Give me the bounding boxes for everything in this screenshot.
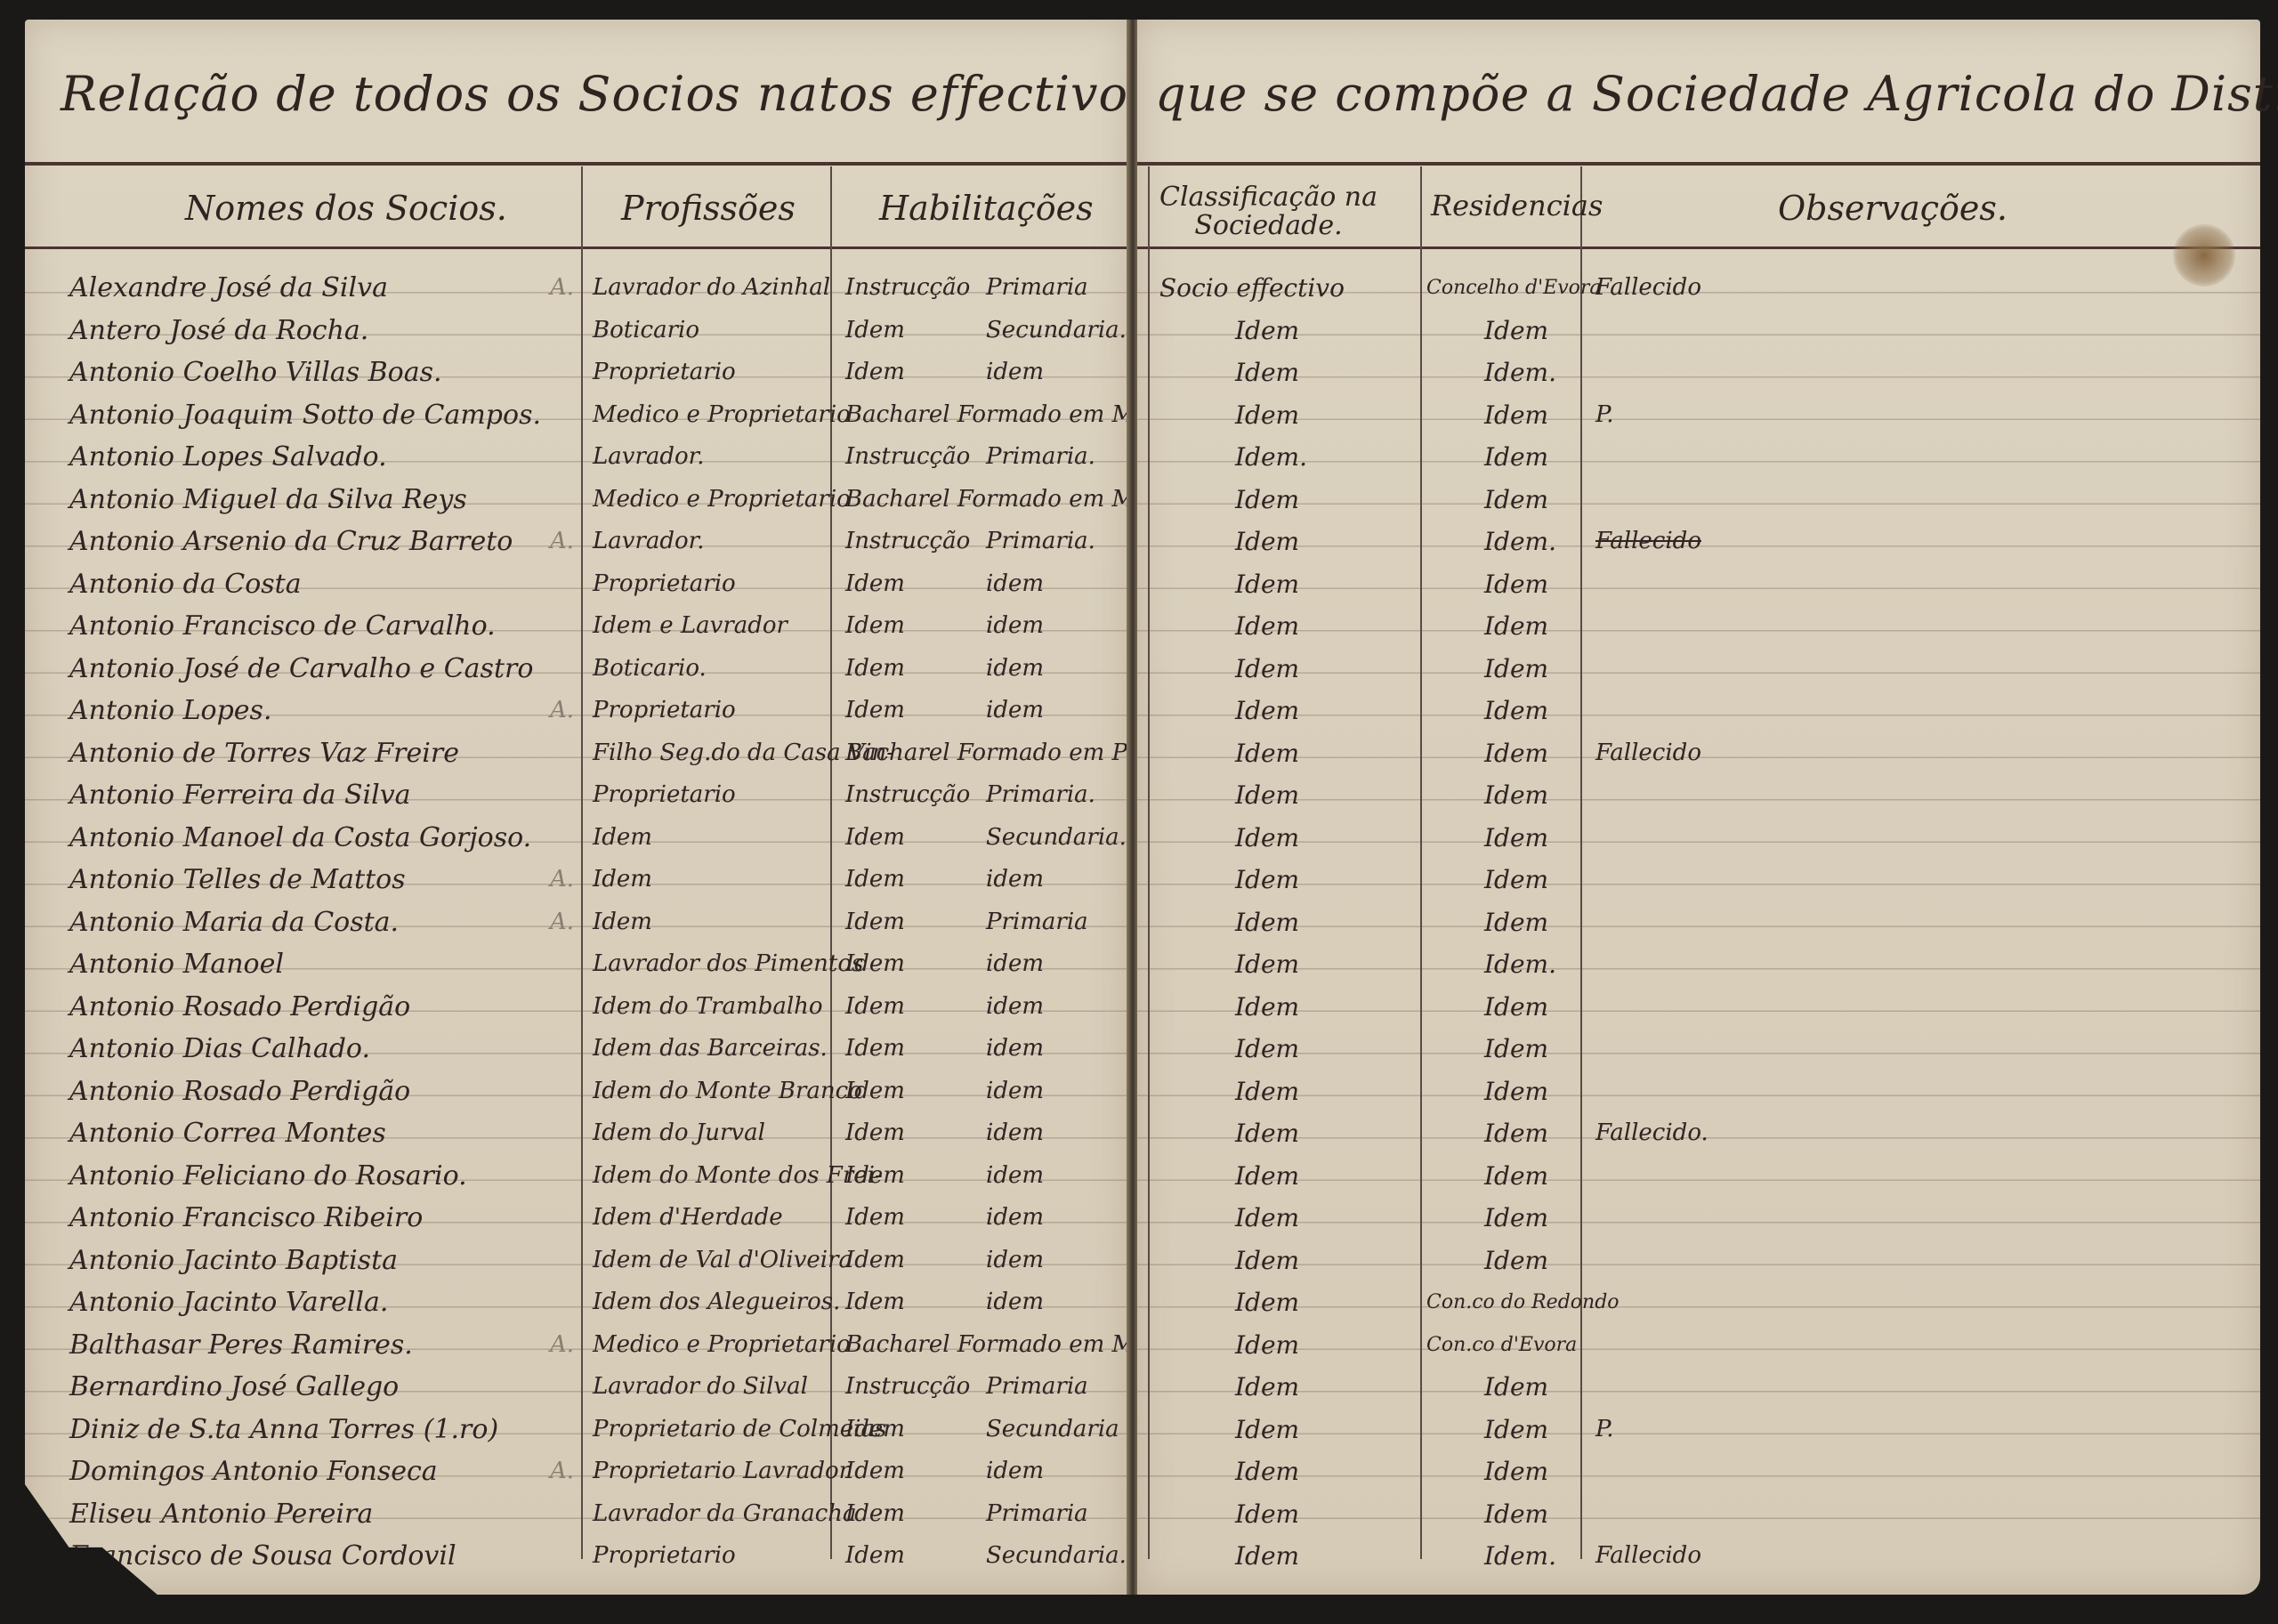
header-divider (1137, 246, 2260, 249)
residencia: Idem (1484, 859, 1548, 901)
table-row: IdemIdem (1137, 1493, 2260, 1536)
classificacao: Idem (1235, 479, 1299, 521)
habilitacao-level: idem (986, 1071, 1044, 1112)
habilitacao-level: idem (986, 605, 1044, 647)
profissao: Idem (593, 859, 652, 901)
table-row: Antonio Rosado PerdigãoIdem do Trambalho… (25, 986, 1128, 1029)
table-row: Antonio Rosado PerdigãoIdem do Monte Bra… (25, 1071, 1128, 1113)
table-row: Antonio Jacinto Varella.Idem dos Aleguei… (25, 1281, 1128, 1324)
habilitacao: Idem (845, 943, 905, 985)
socio-name: Antonio Manoel (69, 943, 284, 985)
habilitacao-level: idem (986, 1240, 1044, 1281)
table-row: IdemIdem (1137, 479, 2260, 521)
classificacao: Idem (1235, 1281, 1299, 1323)
habilitacao: Idem (845, 605, 905, 647)
table-row: Antonio Coelho Villas Boas.ProprietarioI… (25, 351, 1128, 394)
socio-name: Antonio Coelho Villas Boas. (69, 351, 442, 393)
habilitacao-level: Primaria (986, 267, 1088, 309)
residencia: Idem (1484, 436, 1548, 478)
classificacao: Idem (1235, 817, 1299, 859)
profissao: Proprietario de Colmeias (593, 1409, 886, 1450)
socio-name: Antero José da Rocha. (69, 310, 368, 351)
classificacao: Idem (1235, 351, 1299, 393)
table-row: IdemIdem (1137, 1028, 2260, 1071)
classificacao: Idem (1235, 1324, 1299, 1366)
table-row: IdemIdemFallecido (1137, 732, 2260, 775)
profissao: Idem (593, 901, 652, 943)
habilitacao-level: Primaria (986, 1493, 1088, 1535)
profissao: Idem de Val d'Oliveira (593, 1240, 852, 1281)
socio-name: Antonio Correa Montes (69, 1112, 386, 1154)
socio-name: Antonio Ferreira da Silva (69, 774, 411, 816)
habilitacao-level: idem (986, 986, 1044, 1028)
residencia: Idem (1484, 1409, 1548, 1450)
table-row: Antonio ManoelLavrador dos PimentosIdemi… (25, 943, 1128, 986)
habilitacao-level: idem (986, 859, 1044, 901)
column-header-nomes: Nomes dos Socios. (185, 189, 507, 228)
habilitacao: Idem (845, 986, 905, 1028)
profissao: Proprietario (593, 690, 736, 731)
habilitacao: Idem (845, 1535, 905, 1577)
habilitacao: Idem (845, 1281, 905, 1323)
habilitacao-level: idem (986, 943, 1044, 985)
habilitacao: Idem (845, 1028, 905, 1070)
table-row: IdemIdem (1137, 817, 2260, 860)
classificacao: Idem (1235, 563, 1299, 605)
table-row: IdemIdemFallecido. (1137, 1112, 2260, 1155)
residencia: Idem (1484, 1366, 1548, 1408)
table-row: IdemIdem (1137, 1197, 2260, 1240)
residencia: Idem (1484, 690, 1548, 731)
socio-name: Antonio Lopes Salvado. (69, 436, 387, 478)
habilitacao: Idem (845, 310, 905, 351)
profissao: Idem do Trambalho (593, 986, 823, 1028)
table-row: IdemIdemP. (1137, 394, 2260, 437)
classificacao: Idem. (1235, 436, 1307, 478)
residencia: Idem (1484, 732, 1548, 774)
residencia: Idem (1484, 394, 1548, 436)
classificacao: Socio effectivo (1159, 267, 1345, 309)
socio-name: Antonio Jacinto Baptista (69, 1240, 398, 1281)
table-row: Antero José da Rocha.BoticarioIdemSecund… (25, 310, 1128, 352)
table-row: Antonio Ferreira da SilvaProprietarioIns… (25, 774, 1128, 817)
table-row: Antonio Francisco de Carvalho.Idem e Lav… (25, 605, 1128, 648)
table-row: Antonio Feliciano do Rosario.Idem do Mon… (25, 1155, 1128, 1198)
residencia: Idem (1484, 1028, 1548, 1070)
table-row: Antonio José de Carvalho e CastroBoticar… (25, 648, 1128, 691)
classificacao: Idem (1235, 774, 1299, 816)
classificacao: Idem (1235, 648, 1299, 690)
socio-name: Antonio Maria da Costa. (69, 901, 399, 943)
column-header-classificacao-line2: Sociedade. (1194, 210, 1342, 241)
profissao: Boticario (593, 310, 699, 351)
classificacao: Idem (1235, 605, 1299, 647)
classificacao: Idem (1235, 1493, 1299, 1535)
classificacao: Idem (1235, 943, 1299, 985)
socio-name: Antonio Francisco Ribeiro (69, 1197, 423, 1239)
residencia: Idem. (1484, 351, 1556, 393)
title-divider (1137, 162, 2260, 166)
profissao: Proprietario Lavrador (593, 1450, 850, 1492)
habilitacao: Idem (845, 1112, 905, 1154)
profissao: Idem d'Herdade (593, 1197, 783, 1239)
profissao: Idem do Jurval (593, 1112, 765, 1154)
habilitacao: Idem (845, 1197, 905, 1239)
table-row: Domingos Antonio FonsecaA.Proprietario L… (25, 1450, 1128, 1493)
residencia: Idem (1484, 1197, 1548, 1239)
table-row: Antonio da CostaProprietarioIdemidem (25, 563, 1128, 606)
habilitacao: Instrucção (845, 521, 970, 562)
classificacao: Idem (1235, 1450, 1299, 1492)
residencia: Idem (1484, 817, 1548, 859)
table-row: IdemIdem. (1137, 351, 2260, 394)
table-row: IdemIdem (1137, 690, 2260, 732)
table-row: IdemIdem (1137, 901, 2260, 944)
classificacao: Idem (1235, 690, 1299, 731)
left-page: Relação de todos os Socios natos effecti… (25, 20, 1128, 1595)
habilitacao-level: idem (986, 690, 1044, 731)
profissao: Lavrador dos Pimentos (593, 943, 863, 985)
habilitacao-level: idem (986, 1450, 1044, 1492)
table-row: Antonio Jacinto BaptistaIdem de Val d'Ol… (25, 1240, 1128, 1282)
residencia: Idem (1484, 774, 1548, 816)
table-row: IdemIdem. (1137, 943, 2260, 986)
classificacao: Idem (1235, 1197, 1299, 1239)
table-row: IdemCon.co d'Evora (1137, 1324, 2260, 1367)
margin-mark: A. (550, 1450, 574, 1492)
margin-mark: A. (550, 901, 574, 943)
socio-name: Antonio da Costa (69, 563, 302, 605)
profissao: Proprietario (593, 774, 736, 816)
title-row: que se compõe a Sociedade Agricola do Di… (1137, 20, 2260, 162)
profissao: Idem (593, 817, 652, 859)
table-row: IdemIdem (1137, 648, 2260, 691)
table-row: Antonio Manoel da Costa Gorjoso.IdemIdem… (25, 817, 1128, 860)
habilitacao: Idem (845, 1450, 905, 1492)
profissao: Medico e Proprietario (593, 479, 851, 521)
table-row: Antonio Telles de MattosA.IdemIdemidem (25, 859, 1128, 901)
table-row: IdemIdem.Fallecido (1137, 521, 2260, 563)
observacao: Fallecido (1595, 267, 1701, 309)
table-row: IdemIdem (1137, 986, 2260, 1029)
observacao: P. (1595, 1409, 1614, 1450)
table-row: IdemIdem (1137, 1240, 2260, 1282)
habilitacao-level: Secundaria. (986, 817, 1127, 859)
habilitacao-level: idem (986, 351, 1044, 393)
column-header-classificacao-line1: Classificação na (1159, 182, 1377, 213)
habilitacao-level: Secundaria. (986, 310, 1127, 351)
residencia: Con.co d'Evora (1426, 1324, 1577, 1366)
profissao: Medico e Proprietario (593, 1324, 851, 1366)
profissao: Lavrador. (593, 436, 705, 478)
observacao: P. (1595, 394, 1614, 436)
classificacao: Idem (1235, 1155, 1299, 1197)
habilitacao-level: idem (986, 1197, 1044, 1239)
socio-name: Antonio Arsenio da Cruz Barreto (69, 521, 513, 562)
habilitacao-level: Primaria (986, 1366, 1088, 1408)
observacao: Fallecido (1595, 732, 1701, 774)
residencia: Idem (1484, 563, 1548, 605)
table-row: Antonio Correa MontesIdem do JurvalIdemi… (25, 1112, 1128, 1155)
residencia: Idem (1484, 1112, 1548, 1154)
residencia: Idem (1484, 479, 1548, 521)
table-row: Balthasar Peres Ramires.A.Medico e Propr… (25, 1324, 1128, 1367)
margin-mark: A. (550, 690, 574, 731)
habilitacao-level: idem (986, 1028, 1044, 1070)
classificacao: Idem (1235, 310, 1299, 351)
socio-name: Antonio Miguel da Silva Reys (69, 479, 467, 521)
profissao: Boticario. (593, 648, 707, 690)
document-title-right: que se compõe a Sociedade Agricola do Di… (1155, 66, 2278, 122)
margin-mark: A. (550, 859, 574, 901)
table-row: Antonio Lopes Salvado.Lavrador.Instrucçã… (25, 436, 1128, 479)
socio-name: Bernardino José Gallego (69, 1366, 399, 1408)
residencia: Idem (1484, 986, 1548, 1028)
table-row: IdemIdem (1137, 1071, 2260, 1113)
header-divider (25, 246, 1128, 249)
habilitacao: Idem (845, 563, 905, 605)
profissao: Proprietario (593, 563, 736, 605)
profissao: Proprietario (593, 351, 736, 393)
classificacao: Idem (1235, 521, 1299, 562)
habilitacao-level: Primaria. (986, 774, 1095, 816)
column-header-residencias: Residencias (1431, 189, 1603, 222)
habilitacao: Instrucção (845, 774, 970, 816)
table-row: Antonio Lopes.A.ProprietarioIdemidem (25, 690, 1128, 732)
habilitacao-level: idem (986, 1155, 1044, 1197)
habilitacao: Idem (845, 817, 905, 859)
habilitacao-level: idem (986, 1281, 1044, 1323)
ledger-book: Relação de todos os Socios natos effecti… (25, 20, 2267, 1595)
habilitacao-level: idem (986, 563, 1044, 605)
habilitacao: Idem (845, 690, 905, 731)
socio-name: Antonio Joaquim Sotto de Campos. (69, 394, 541, 436)
socio-name: Diniz de S.ta Anna Torres (1.ro) (69, 1409, 498, 1450)
title-divider (25, 162, 1128, 166)
table-row: IdemIdem (1137, 1366, 2260, 1409)
residencia: Idem (1484, 605, 1548, 647)
table-row: Idem.Idem (1137, 436, 2260, 479)
classificacao: Idem (1235, 1409, 1299, 1450)
classificacao: Idem (1235, 1240, 1299, 1281)
residencia: Idem (1484, 1493, 1548, 1535)
observacao: Fallecido (1595, 1535, 1701, 1577)
socio-name: Antonio Jacinto Varella. (69, 1281, 388, 1323)
right-page: que se compõe a Sociedade Agricola do Di… (1137, 20, 2260, 1595)
table-row: Diniz de S.ta Anna Torres (1.ro)Propriet… (25, 1409, 1128, 1451)
profissao: Idem das Barceiras. (593, 1028, 828, 1070)
habilitacao: Idem (845, 351, 905, 393)
profissao: Idem do Monte dos Frei- (593, 1155, 883, 1197)
profissao: Lavrador do Azinhal (593, 267, 830, 309)
socio-name: Antonio Dias Calhado. (69, 1028, 370, 1070)
table-row: Antonio Maria da Costa.A.IdemIdemPrimari… (25, 901, 1128, 944)
habilitacao: Idem (845, 1493, 905, 1535)
margin-mark: A. (550, 267, 574, 309)
residencia: Idem (1484, 1155, 1548, 1197)
residencia: Idem (1484, 901, 1548, 943)
table-row: Bernardino José GallegoLavrador do Silva… (25, 1366, 1128, 1409)
profissao: Lavrador da Granacha (593, 1493, 857, 1535)
socio-name: Domingos Antonio Fonseca (69, 1450, 438, 1492)
habilitacao: Idem (845, 1155, 905, 1197)
residencia: Idem. (1484, 943, 1556, 985)
profissao: Lavrador. (593, 521, 705, 562)
table-row: Antonio Joaquim Sotto de Campos.Medico e… (25, 394, 1128, 437)
classificacao: Idem (1235, 986, 1299, 1028)
habilitacao-level: Secundaria. (986, 1535, 1127, 1577)
socio-name: Alexandre José da Silva (69, 267, 388, 309)
habilitacao: Idem (845, 648, 905, 690)
margin-mark: A. (550, 1324, 574, 1366)
socio-name: Antonio Feliciano do Rosario. (69, 1155, 467, 1197)
profissao: Idem do Monte Branco (593, 1071, 862, 1112)
profissao: Lavrador do Silval (593, 1366, 808, 1408)
socio-name: Balthasar Peres Ramires. (69, 1324, 413, 1366)
table-row: Eliseu Antonio PereiraLavrador da Granac… (25, 1493, 1128, 1536)
profissao: Idem e Lavrador (593, 605, 788, 647)
socio-name: Antonio Manoel da Costa Gorjoso. (69, 817, 531, 859)
residencia: Idem (1484, 1240, 1548, 1281)
table-row: Francisco de Sousa CordovilProprietarioI… (25, 1535, 1128, 1578)
residencia: Concelho d'Evora (1426, 267, 1602, 309)
column-header-classificacao: Classificação na Sociedade. (1159, 183, 1377, 239)
profissao: Medico e Proprietario (593, 394, 851, 436)
table-row: IdemIdem (1137, 563, 2260, 606)
table-row: IdemIdem (1137, 605, 2260, 648)
profissao: Proprietario (593, 1535, 736, 1577)
residencia: Idem (1484, 648, 1548, 690)
socio-name: Antonio Rosado Perdigão (69, 1071, 410, 1112)
table-row: Antonio Francisco RibeiroIdem d'HerdadeI… (25, 1197, 1128, 1240)
socio-name: Eliseu Antonio Pereira (69, 1493, 373, 1535)
table-row: IdemIdem (1137, 1155, 2260, 1198)
habilitacao-level: idem (986, 1112, 1044, 1154)
classificacao: Idem (1235, 1535, 1299, 1577)
margin-mark: A. (550, 521, 574, 562)
habilitacao: Idem (845, 901, 905, 943)
socio-name: Antonio Lopes. (69, 690, 272, 731)
table-row: Alexandre José da SilvaA.Lavrador do Azi… (25, 267, 1128, 310)
habilitacao: Idem (845, 1240, 905, 1281)
table-row: IdemIdem (1137, 310, 2260, 352)
residencia: Idem (1484, 1450, 1548, 1492)
habilitacao: Idem (845, 1071, 905, 1112)
column-header-observacoes: Observações. (1778, 189, 2007, 228)
classificacao: Idem (1235, 1028, 1299, 1070)
residencia: Idem (1484, 1071, 1548, 1112)
table-row: IdemIdem (1137, 1450, 2260, 1493)
socio-name: Antonio José de Carvalho e Castro (69, 648, 533, 690)
column-header-profissoes: Profissões (621, 189, 796, 228)
habilitacao-level: Primaria. (986, 521, 1095, 562)
profissao: Idem dos Alegueiros. (593, 1281, 840, 1323)
habilitacao-level: Primaria. (986, 436, 1095, 478)
socio-name: Antonio Francisco de Carvalho. (69, 605, 496, 647)
classificacao: Idem (1235, 394, 1299, 436)
table-row: Antonio Dias Calhado.Idem das Barceiras.… (25, 1028, 1128, 1071)
habilitacao-level: idem (986, 648, 1044, 690)
habilitacao: Idem (845, 1409, 905, 1450)
classificacao: Idem (1235, 859, 1299, 901)
habilitacao: Instrucção (845, 436, 970, 478)
table-row: Antonio Arsenio da Cruz BarretoA.Lavrado… (25, 521, 1128, 563)
habilitacao-level: Primaria (986, 901, 1088, 943)
habilitacao: Idem (845, 859, 905, 901)
socio-name: Antonio Telles de Mattos (69, 859, 406, 901)
table-row: IdemIdem (1137, 859, 2260, 901)
socio-name: Antonio Rosado Perdigão (69, 986, 410, 1028)
table-row: Socio effectivoConcelho d'EvoraFallecido (1137, 267, 2260, 310)
table-row: IdemIdem (1137, 774, 2260, 817)
table-row: Antonio de Torres Vaz FreireFilho Seg.do… (25, 732, 1128, 775)
habilitacao-level: Secundaria (986, 1409, 1119, 1450)
observacao: Fallecido (1595, 521, 1701, 562)
residencia: Idem. (1484, 521, 1556, 562)
socio-name: Francisco de Sousa Cordovil (69, 1535, 456, 1577)
habilitacao: Bacharel Formado em Phi- (845, 732, 1158, 774)
table-row: IdemIdemP. (1137, 1409, 2260, 1451)
residencia: Idem (1484, 310, 1548, 351)
classificacao: Idem (1235, 1112, 1299, 1154)
table-row: IdemCon.co do Redondo (1137, 1281, 2260, 1324)
classificacao: Idem (1235, 732, 1299, 774)
column-header-habilitacoes: Habilitações (879, 189, 1094, 228)
classificacao: Idem (1235, 1071, 1299, 1112)
title-row: Relação de todos os Socios natos effecti… (25, 20, 1128, 162)
habilitacao: Instrucção (845, 1366, 970, 1408)
habilitacao: Instrucção (845, 267, 970, 309)
residencia: Con.co do Redondo (1426, 1281, 1620, 1323)
residencia: Idem. (1484, 1535, 1556, 1577)
table-row: IdemIdem.Fallecido (1137, 1535, 2260, 1578)
classificacao: Idem (1235, 1366, 1299, 1408)
classificacao: Idem (1235, 901, 1299, 943)
table-row: Antonio Miguel da Silva ReysMedico e Pro… (25, 479, 1128, 521)
socio-name: Antonio de Torres Vaz Freire (69, 732, 459, 774)
observacao: Fallecido. (1595, 1112, 1708, 1154)
